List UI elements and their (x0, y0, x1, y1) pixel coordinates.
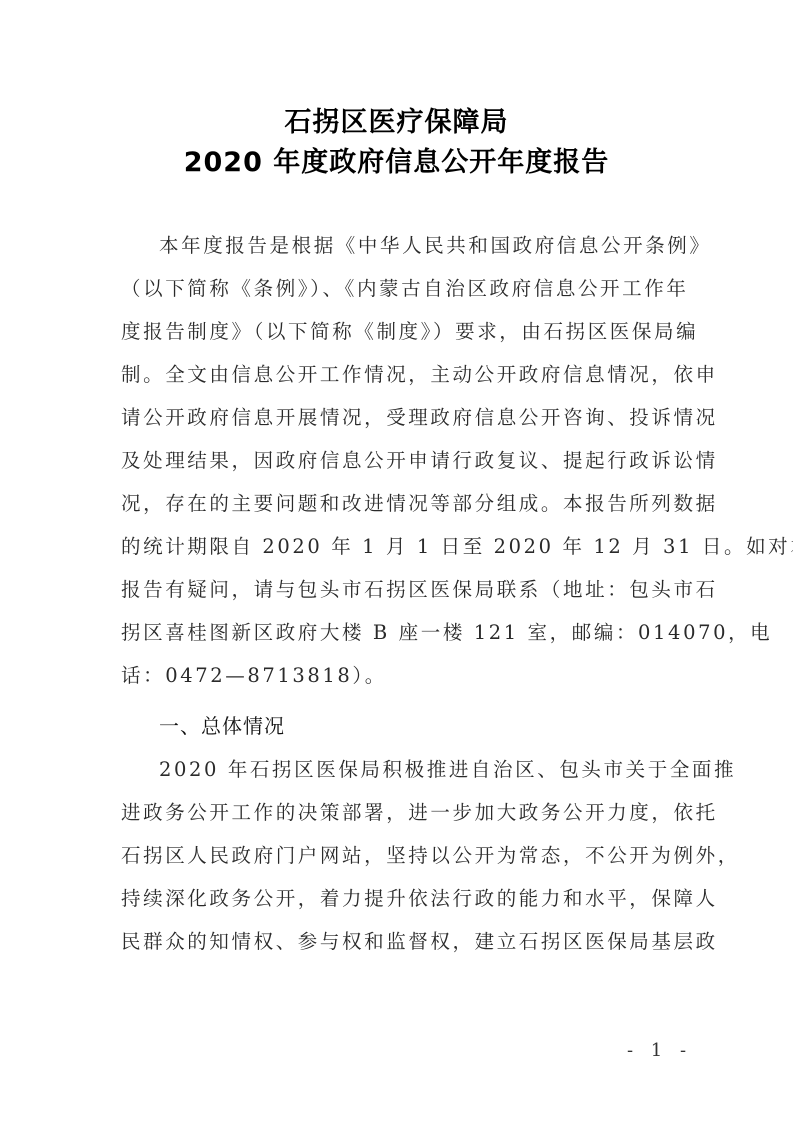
paragraph-line: 度报告制度》（以下简称《制度》）要求，由石拐区医保局编 (121, 319, 674, 345)
document-page: 石拐区医疗保障局 2020 年度政府信息公开年度报告 本年度报告是根据《中华人民… (0, 0, 793, 1122)
paragraph-line: 报告有疑问，请与包头市石拐区医保局联系（地址：包头市石 (121, 577, 674, 603)
paragraph-line: 民群众的知情权、参与权和监督权，建立石拐区医保局基层政 (121, 929, 674, 955)
paragraph-line: 2020 年石拐区医保局积极推进自治区、包头市关于全面推 (159, 757, 674, 783)
document-title-line2: 2020 年度政府信息公开年度报告 (0, 140, 793, 179)
paragraph-line: 进政务公开工作的决策部署，进一步加大政务公开力度，依托 (121, 800, 674, 826)
paragraph-line: 石拐区人民政府门户网站，坚持以公开为常态，不公开为例外， (121, 843, 674, 869)
paragraph-line: 制。全文由信息公开工作情况，主动公开政府信息情况，依申 (121, 362, 674, 388)
paragraph-line: 持续深化政务公开，着力提升依法行政的能力和水平，保障人 (121, 886, 674, 912)
paragraph-line: 请公开政府信息开展情况，受理政府信息公开咨询、投诉情况 (121, 405, 674, 431)
paragraph-line: 及处理结果，因政府信息公开申请行政复议、提起行政诉讼情 (121, 448, 674, 474)
paragraph-line: 本年度报告是根据《中华人民共和国政府信息公开条例》 (159, 233, 674, 259)
paragraph-line: （以下简称《条例》）、《内蒙古自治区政府信息公开工作年 (121, 276, 674, 302)
page-number: - 1 - (627, 1040, 692, 1061)
section-heading: 一、总体情况 (159, 713, 285, 739)
paragraph-line: 的统计期限自 2020 年 1 月 1 日至 2020 年 12 月 31 日。… (121, 534, 674, 560)
paragraph-line: 话：0472—8713818）。 (121, 663, 674, 689)
document-title-line1: 石拐区医疗保障局 (0, 100, 793, 139)
paragraph-line: 况，存在的主要问题和改进情况等部分组成。本报告所列数据 (121, 491, 674, 517)
paragraph-line: 拐区喜桂图新区政府大楼 B 座一楼 121 室，邮编：014070，电 (121, 620, 674, 646)
